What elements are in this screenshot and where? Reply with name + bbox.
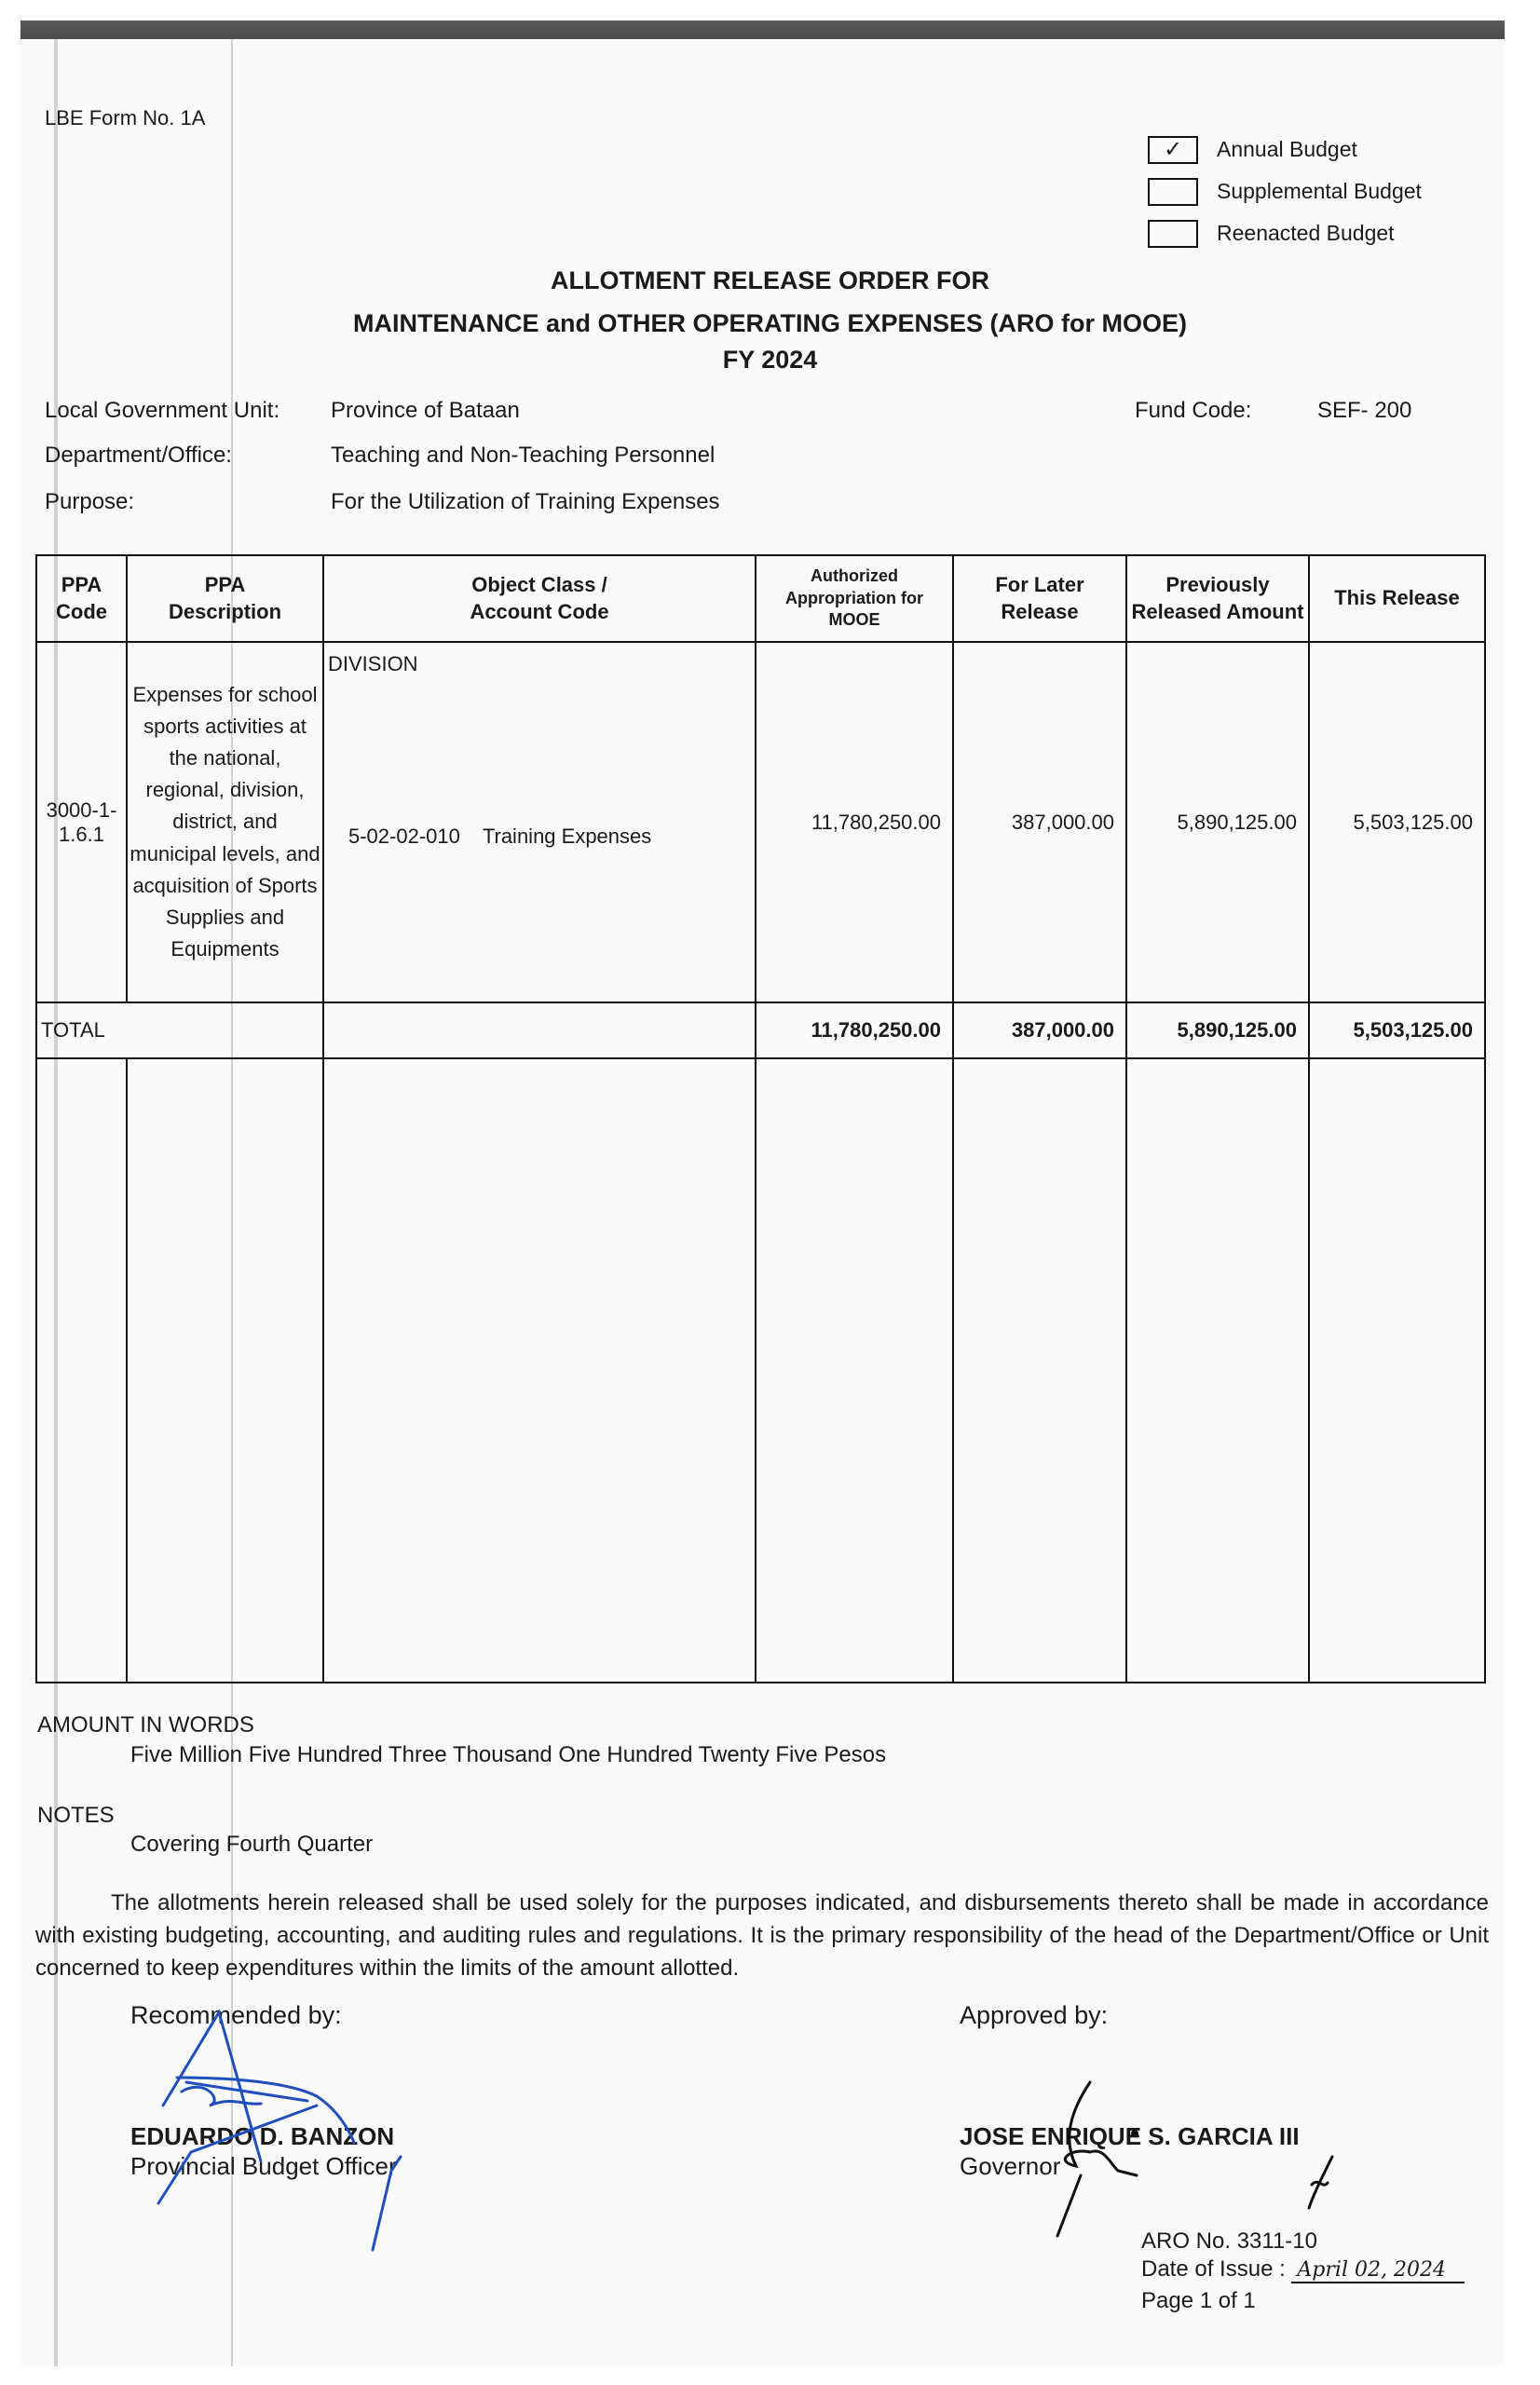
approver-signature-icon xyxy=(1015,2073,1388,2213)
blank-cell xyxy=(323,1058,756,1683)
fund-code-label: Fund Code: xyxy=(1135,398,1251,424)
blank-cell xyxy=(127,1058,323,1683)
group-label: DIVISION xyxy=(328,652,418,676)
total-previously-released: 5,890,125.00 xyxy=(1126,1002,1309,1058)
budget-type-checklist: ✓ Annual Budget Supplemental Budget Reen… xyxy=(1148,129,1422,254)
department-label: Department/Office: xyxy=(45,443,232,469)
amount-in-words-label: AMOUNT IN WORDS xyxy=(37,1712,254,1738)
budget-type-label: Reenacted Budget xyxy=(1217,221,1395,246)
blank-cell xyxy=(1309,1058,1485,1683)
blank-cell xyxy=(1126,1058,1309,1683)
table-row: 3000-1-1.6.1 Expenses for school sports … xyxy=(36,642,1485,1002)
budget-type-label: Supplemental Budget xyxy=(1217,179,1422,204)
checkbox-empty-icon[interactable] xyxy=(1148,178,1198,206)
scan-edge-bar xyxy=(20,20,1505,41)
blank-cell xyxy=(36,1058,127,1683)
object-class-cell: DIVISION 5-02-02-010Training Expenses xyxy=(323,642,756,1002)
for-later-release-cell: 387,000.00 xyxy=(953,642,1126,1002)
account-code: 5-02-02-010 xyxy=(348,825,460,848)
total-empty-cell xyxy=(323,1002,756,1058)
date-of-issue-value: April 02, 2024 xyxy=(1291,2258,1465,2283)
previously-released-cell: 5,890,125.00 xyxy=(1126,642,1309,1002)
total-this-release: 5,503,125.00 xyxy=(1309,1002,1485,1058)
total-for-later-release: 387,000.00 xyxy=(953,1002,1126,1058)
col-ppa-description: PPADescription xyxy=(127,555,323,642)
total-authorized-appropriation: 11,780,250.00 xyxy=(756,1002,953,1058)
recommender-signature-icon xyxy=(121,2012,438,2227)
ppa-description-cell: Expenses for school sports activities at… xyxy=(127,642,323,1002)
purpose-label: Purpose: xyxy=(45,489,134,515)
col-previously-released: PreviouslyReleased Amount xyxy=(1126,555,1309,642)
notes-value: Covering Fourth Quarter xyxy=(130,1832,373,1858)
lgu-value: Province of Bataan xyxy=(331,398,520,424)
budget-type-label: Annual Budget xyxy=(1217,137,1357,162)
total-row: TOTAL 11,780,250.00 387,000.00 5,890,125… xyxy=(36,1002,1485,1058)
col-authorized-appropriation: AuthorizedAppropriation forMOOE xyxy=(756,555,953,642)
lgu-label: Local Government Unit: xyxy=(45,398,279,424)
col-object-class: Object Class /Account Code xyxy=(323,555,756,642)
ppa-code-cell: 3000-1-1.6.1 xyxy=(36,642,127,1002)
fund-code-value: SEF- 200 xyxy=(1317,398,1411,424)
budget-type-reenacted[interactable]: Reenacted Budget xyxy=(1148,212,1422,254)
authorized-appropriation-cell: 11,780,250.00 xyxy=(756,642,953,1002)
budget-type-annual[interactable]: ✓ Annual Budget xyxy=(1148,129,1422,170)
checkbox-empty-icon[interactable] xyxy=(1148,220,1198,248)
aro-number: ARO No. 3311-10 xyxy=(1141,2228,1317,2255)
account-name: Training Expenses xyxy=(483,825,651,848)
this-release-cell: 5,503,125.00 xyxy=(1309,642,1485,1002)
disclaimer-paragraph: The allotments herein released shall be … xyxy=(35,1887,1489,1984)
budget-type-supplemental[interactable]: Supplemental Budget xyxy=(1148,170,1422,212)
fiscal-year: FY 2024 xyxy=(0,346,1540,375)
total-label: TOTAL xyxy=(36,1002,323,1058)
page-number: Page 1 of 1 xyxy=(1141,2288,1256,2314)
blank-cell xyxy=(953,1058,1126,1683)
date-of-issue: Date of Issue : April 02, 2024 xyxy=(1141,2256,1465,2283)
department-value: Teaching and Non-Teaching Personnel xyxy=(331,443,715,469)
notes-label: NOTES xyxy=(37,1803,115,1829)
col-this-release: This Release xyxy=(1309,555,1485,642)
form-number: LBE Form No. 1A xyxy=(45,106,205,130)
checkbox-checked-icon[interactable]: ✓ xyxy=(1148,136,1198,164)
purpose-value: For the Utilization of Training Expenses xyxy=(331,489,720,515)
document-title: ALLOTMENT RELEASE ORDER FOR xyxy=(0,266,1540,295)
account-entry: 5-02-02-010Training Expenses xyxy=(348,825,651,849)
allotment-table: PPACode PPADescription Object Class /Acc… xyxy=(35,554,1486,1683)
col-ppa-code: PPACode xyxy=(36,555,127,642)
approved-by-caption: Approved by: xyxy=(960,2001,1108,2030)
date-of-issue-label: Date of Issue : xyxy=(1141,2256,1286,2282)
blank-row xyxy=(36,1058,1485,1683)
blank-cell xyxy=(756,1058,953,1683)
amount-in-words-value: Five Million Five Hundred Three Thousand… xyxy=(130,1742,886,1768)
document-subtitle: MAINTENANCE and OTHER OPERATING EXPENSES… xyxy=(0,309,1540,338)
col-for-later-release: For LaterRelease xyxy=(953,555,1126,642)
table-header-row: PPACode PPADescription Object Class /Acc… xyxy=(36,555,1485,642)
